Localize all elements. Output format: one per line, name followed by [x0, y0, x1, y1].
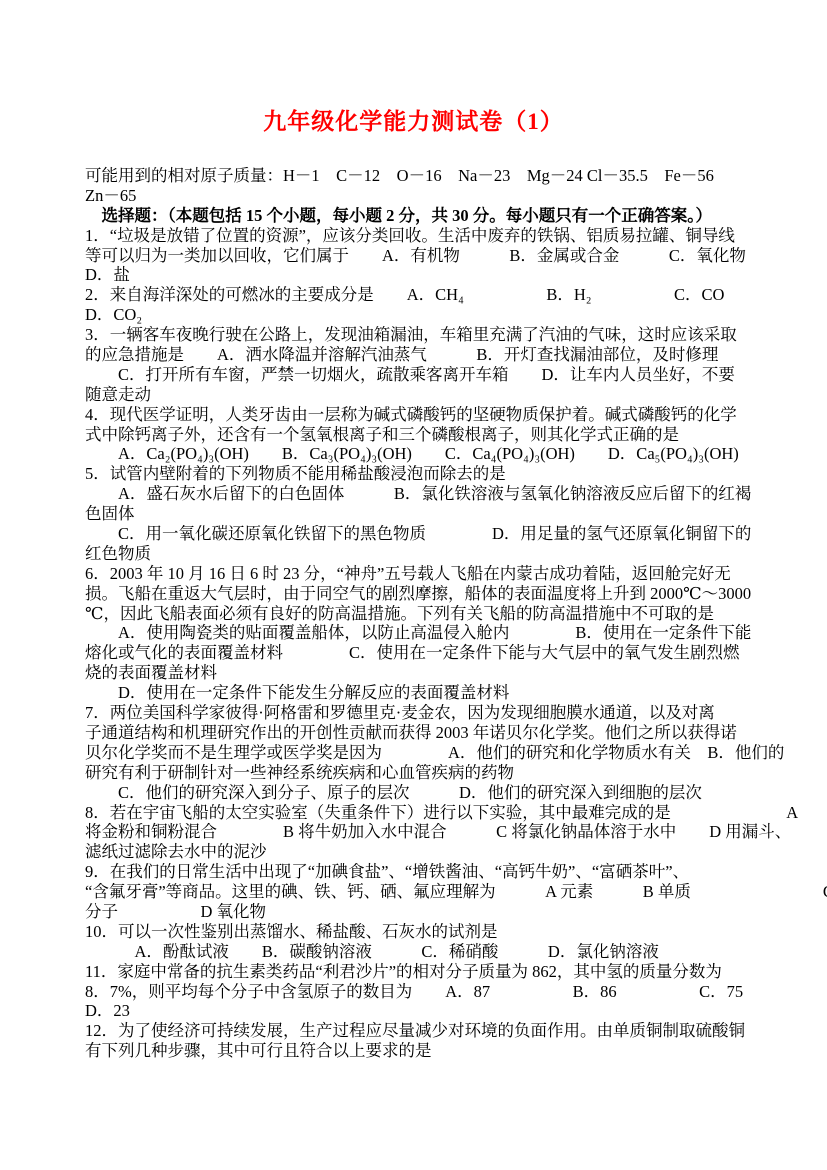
question-9-line-1: 9．在我们的日常生活中出现了“加碘食盐”、“增铁酱油、“高钙牛奶”、“富硒茶叶”… — [85, 862, 775, 882]
question-4: 4．现代医学证明，人类牙齿由一层称为碱式磷酸钙的坚硬物质保护着。碱式磷酸钙的化学… — [85, 405, 775, 465]
question-8-line-3: 滤纸过滤除去水中的泥沙 — [85, 842, 775, 862]
question-9-line-3: 分子 D 氧化物 — [85, 902, 775, 922]
question-7-line-3: 贝尔化学奖而不是生理学或医学奖是因为 A．他们的研究和化学物质水有关 B．他们的 — [85, 743, 775, 763]
question-2: 2．来自海洋深处的可燃冰的主要成分是 A．CH₄ B．H₂ C．CO D．CO₂ — [85, 285, 775, 325]
question-6-line-1: 6．2003 年 10 月 16 日 6 时 23 分，“神舟”五号载人飞船在内… — [85, 564, 775, 584]
question-7: 7．两位美国科学家彼得·阿格雷和罗德里克·麦金农，因为发现细胞膜水通道，以及对离… — [85, 703, 775, 802]
question-6-line-5: 熔化或气化的表面覆盖材料 C．使用在一定条件下能与大气层中的氧气发生剧烈燃 — [85, 643, 775, 663]
question-10-line-1: 10．可以一次性鉴别出蒸馏水、稀盐酸、石灰水的试剂是 — [85, 922, 775, 942]
page-title: 九年级化学能力测试卷（1） — [0, 103, 827, 136]
question-10: 10．可以一次性鉴别出蒸馏水、稀盐酸、石灰水的试剂是 A．酚酞试液 B．碳酸钠溶… — [85, 922, 775, 962]
question-3-line-4: 随意走动 — [85, 385, 775, 405]
question-8: 8．若在宇宙飞船的太空实验室（失重条件下）进行以下实验，其中最难完成的是 A 将… — [85, 803, 775, 863]
question-5-line-3: 色固体 — [85, 504, 775, 524]
question-4-line-2: 式中除钙离子外，还含有一个氢氧根离子和三个磷酸根离子，则其化学式正确的是 — [85, 425, 775, 445]
question-6-line-7: D．使用在一定条件下能发生分解反应的表面覆盖材料 — [85, 683, 775, 703]
question-4-line-3: A．Ca₂(PO₄)₃(OH) B．Ca₃(PO₄)₃(OH) C．Ca₄(PO… — [85, 444, 775, 464]
document-body: 可能用到的相对原子质量：H－1 C－12 O－16 Na－23 Mg－24 Cl… — [85, 166, 775, 1061]
question-7-line-4: 研究有利于研制针对一些神经系统疾病和心血管疾病的药物 — [85, 763, 775, 783]
question-6-line-3: ℃，因此飞船表面必须有良好的防高温措施。下列有关飞船的防高温措施中不可取的是 — [85, 604, 775, 624]
question-9: 9．在我们的日常生活中出现了“加碘食盐”、“增铁酱油、“高钙牛奶”、“富硒茶叶”… — [85, 862, 775, 922]
question-5-line-2: A．盛石灰水后留下的白色固体 B．氯化铁溶液与氢氧化钠溶液反应后留下的红褐 — [85, 484, 775, 504]
question-8-line-1: 8．若在宇宙飞船的太空实验室（失重条件下）进行以下实验，其中最难完成的是 A — [85, 803, 775, 823]
question-3: 3．一辆客车夜晚行驶在公路上，发现油箱漏油，车箱里充满了汽油的气味，这时应该采取… — [85, 325, 775, 405]
question-10-line-2: A．酚酞试液 B．碳酸钠溶液 C．稀硝酸 D．氯化钠溶液 — [85, 942, 775, 962]
question-12: 12．为了使经济可持续发展，生产过程应尽量减少对环境的负面作用。由单质铜制取硫酸… — [85, 1021, 775, 1061]
question-5-line-1: 5．试管内壁附着的下列物质不能用稀盐酸浸泡而除去的是 — [85, 464, 775, 484]
question-3-line-3: C．打开所有车窗，严禁一切烟火，疏散乘客离开车箱 D．让车内人员坐好，不要 — [85, 365, 775, 385]
question-6-line-4: A．使用陶瓷类的贴面覆盖船体，以防止高温侵入舱内 B．使用在一定条件下能 — [85, 623, 775, 643]
atomic-masses-line-2: Zn－65 — [85, 186, 775, 206]
question-1-line-3: D．盐 — [85, 265, 775, 285]
question-6-line-6: 烧的表面覆盖材料 — [85, 663, 775, 683]
question-1-line-2: 等可以归为一类加以回收，它们属于 A．有机物 B．金属或合金 C．氧化物 — [85, 246, 775, 266]
question-6: 6．2003 年 10 月 16 日 6 时 23 分，“神舟”五号载人飞船在内… — [85, 564, 775, 703]
question-1: 1．“垃圾是放错了位置的资源”，应该分类回收。生活中废弃的铁锅、铝质易拉罐、铜导… — [85, 226, 775, 286]
question-3-line-1: 3．一辆客车夜晚行驶在公路上，发现油箱漏油，车箱里充满了汽油的气味，这时应该采取 — [85, 325, 775, 345]
section-instruction: 选择题：（本题包括 15 个小题，每小题 2 分，共 30 分。每小题只有一个正… — [85, 206, 775, 226]
question-7-line-1: 7．两位美国科学家彼得·阿格雷和罗德里克·麦金农，因为发现细胞膜水通道，以及对离 — [85, 703, 775, 723]
atomic-masses-line-1: 可能用到的相对原子质量：H－1 C－12 O－16 Na－23 Mg－24 Cl… — [85, 166, 775, 186]
question-5: 5．试管内壁附着的下列物质不能用稀盐酸浸泡而除去的是 A．盛石灰水后留下的白色固… — [85, 464, 775, 563]
question-12-line-2: 有下列几种步骤，其中可行且符合以上要求的是 — [85, 1041, 775, 1061]
question-2-line-1: 2．来自海洋深处的可燃冰的主要成分是 A．CH₄ B．H₂ C．CO — [85, 285, 775, 305]
question-9-line-2: “含氟牙膏”等商品。这里的碘、铁、钙、硒、氟应理解为 A 元素 B 单质 C — [85, 882, 775, 902]
question-8-line-2: 将金粉和铜粉混合 B 将牛奶加入水中混合 C 将氯化钠晶体溶于水中 D 用漏斗、 — [85, 822, 775, 842]
question-11-line-2: 8．7%，则平均每个分子中含氢原子的数目为 A．87 B．86 C．75 — [85, 982, 775, 1002]
question-7-line-5: C．他们的研究深入到分子、原子的层次 D．他们的研究深入到细胞的层次 — [85, 783, 775, 803]
question-5-line-5: 红色物质 — [85, 544, 775, 564]
question-3-line-2: 的应急措施是 A．洒水降温并溶解汽油蒸气 B．开灯查找漏油部位，及时修理 — [85, 345, 775, 365]
question-11-line-1: 11．家庭中常备的抗生素类药品“利君沙片”的相对分子质量为 862，其中氢的质量… — [85, 962, 775, 982]
question-11-line-3: D．23 — [85, 1001, 775, 1021]
test-paper-page: 九年级化学能力测试卷（1） 可能用到的相对原子质量：H－1 C－12 O－16 … — [0, 0, 827, 1170]
question-5-line-4: C．用一氧化碳还原氧化铁留下的黑色物质 D．用足量的氢气还原氧化铜留下的 — [85, 524, 775, 544]
question-12-line-1: 12．为了使经济可持续发展，生产过程应尽量减少对环境的负面作用。由单质铜制取硫酸… — [85, 1021, 775, 1041]
question-11: 11．家庭中常备的抗生素类药品“利君沙片”的相对分子质量为 862，其中氢的质量… — [85, 962, 775, 1022]
question-2-line-2: D．CO₂ — [85, 305, 775, 325]
question-7-line-2: 子通道结构和机理研究作出的开创性贡献而获得 2003 年诺贝尔化学奖。他们之所以… — [85, 723, 775, 743]
question-1-line-1: 1．“垃圾是放错了位置的资源”，应该分类回收。生活中废弃的铁锅、铝质易拉罐、铜导… — [85, 226, 775, 246]
question-4-line-1: 4．现代医学证明，人类牙齿由一层称为碱式磷酸钙的坚硬物质保护着。碱式磷酸钙的化学 — [85, 405, 775, 425]
question-6-line-2: 损。飞船在重返大气层时，由于同空气的剧烈摩擦，船体的表面温度将上升到 2000℃… — [85, 584, 775, 604]
